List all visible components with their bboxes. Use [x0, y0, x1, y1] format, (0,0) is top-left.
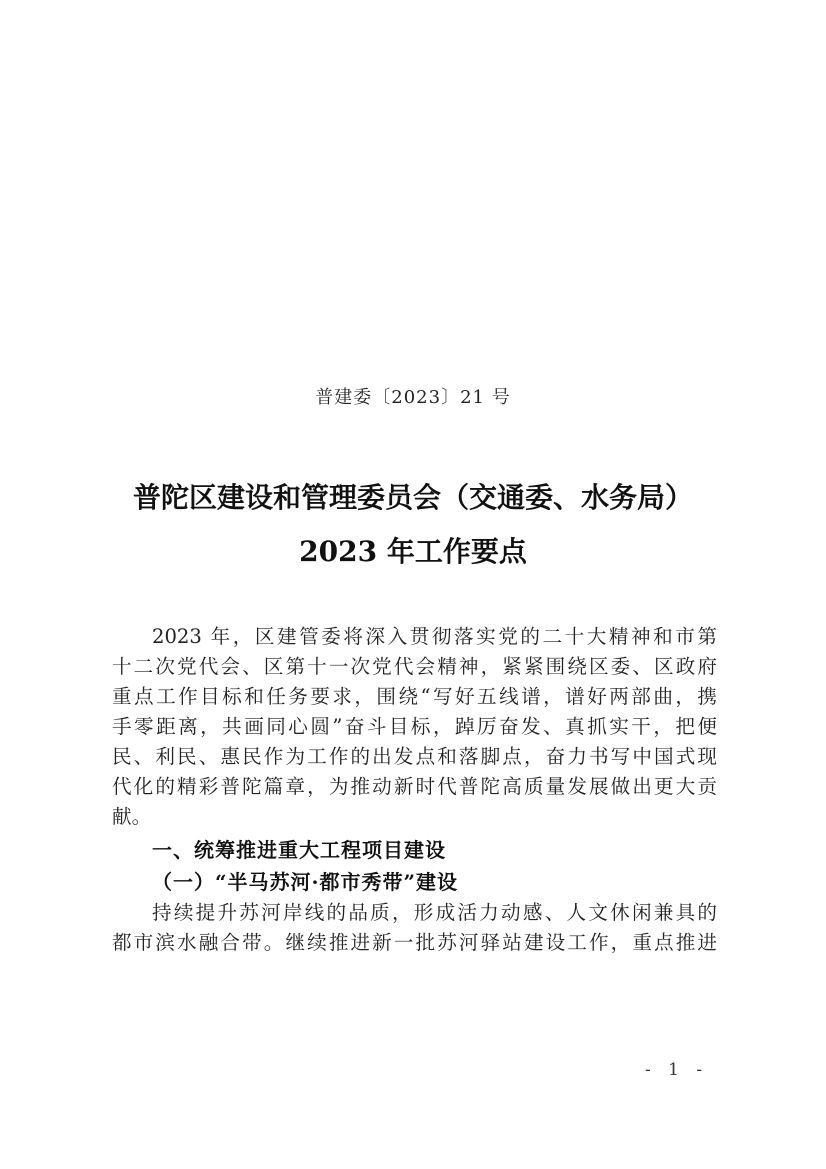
subsection-heading: （一）“半马苏河·都市秀带”建设 — [152, 866, 458, 895]
intro-line-6: 代化的精彩普陀篇章，为推动新时代普陀高质量发展做出更大贡 — [112, 772, 717, 802]
section-heading: 一、统筹推进重大工程项目建设 — [152, 834, 446, 863]
intro-line-4: 手零距离，共画同心圆”奋斗目标，踔厉奋发、真抓实干，把便 — [112, 712, 717, 742]
intro-line-5: 民、利民、惠民作为工作的出发点和落脚点，奋力书写中国式现 — [112, 742, 717, 772]
document-number: 普建委〔2023〕21 号 — [0, 383, 826, 409]
document-page: 普建委〔2023〕21 号 普陀区建设和管理委员会（交通委、水务局） 2023 … — [0, 0, 826, 1169]
intro-line-3: 重点工作目标和任务要求，围绕“写好五线谱，谱好两部曲，携 — [112, 682, 717, 712]
intro-line-2: 十二次党代会、区第十一次党代会精神，紧紧围绕区委、区政府 — [112, 652, 717, 682]
intro-line-7: 献。 — [112, 802, 717, 832]
subsection-line-2: 都市滨水融合带。继续推进新一批苏河驿站建设工作，重点推进 — [112, 928, 717, 958]
intro-line-1: 2023 年，区建管委将深入贯彻落实党的二十大精神和市第 — [112, 622, 717, 652]
page-number: - 1 - — [645, 1060, 708, 1080]
document-title-line-1: 普陀区建设和管理委员会（交通委、水务局） — [0, 476, 826, 516]
subsection-line-1: 持续提升苏河岸线的品质，形成活力动感、人文休闲兼具的 — [112, 898, 717, 928]
document-title-line-2: 2023 年工作要点 — [0, 530, 826, 570]
